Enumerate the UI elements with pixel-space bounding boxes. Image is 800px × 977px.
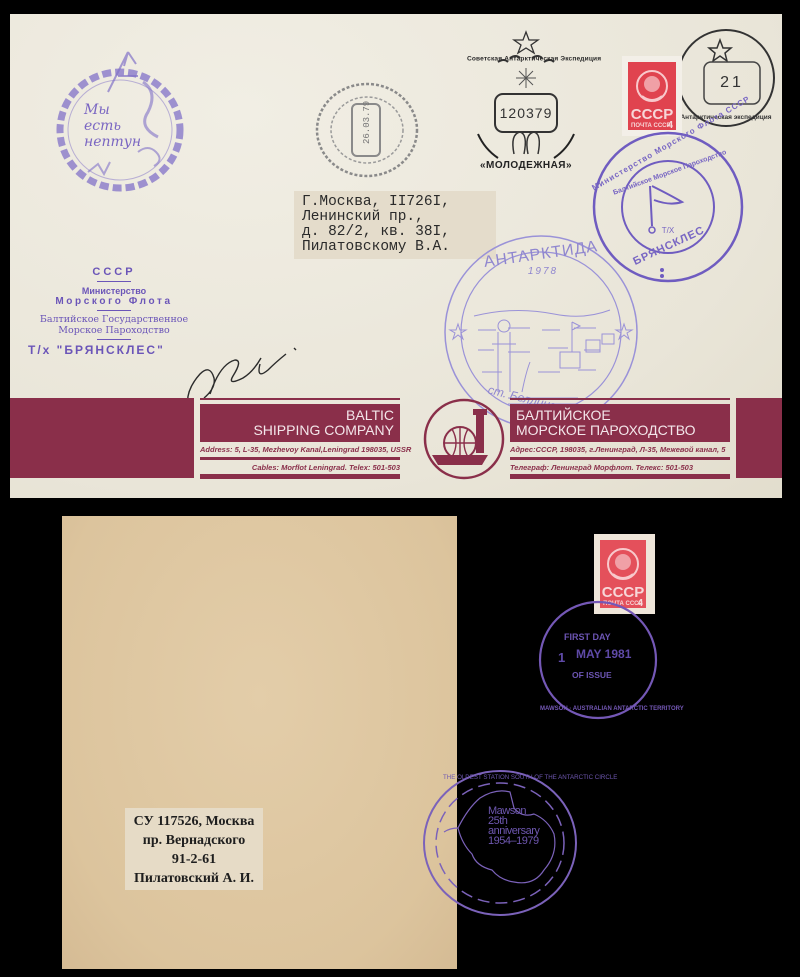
- neptune-line-3: нептун: [84, 134, 141, 150]
- fdc-month-year: MAY 1981: [576, 647, 631, 661]
- sender-company-2: Морское Пароходство: [24, 325, 204, 336]
- company-name-en-1: BALTIC: [200, 408, 394, 423]
- en-rule-mid: [200, 457, 400, 460]
- postage-stamp-top: СССР ПОЧТА СССР 4: [622, 56, 682, 136]
- sender-company: Балтийское Государственное: [24, 314, 204, 325]
- molodezhnaya-ring-text: Советская Антарктическая Экспедиция: [467, 55, 585, 62]
- postmark-left: 26.03.79: [312, 80, 422, 180]
- envelope-bottom: [62, 516, 457, 969]
- neptune-cachet: Мы есть нептун: [48, 42, 188, 192]
- fdc-line-1: FIRST DAY: [564, 632, 611, 642]
- ru-rule-bottom: [510, 474, 730, 479]
- address-line: Ленинский пр.,: [302, 210, 488, 225]
- fdc-line-3: OF ISSUE: [572, 670, 612, 680]
- en-rule-top: [200, 398, 400, 400]
- ussr-coat-of-arms-icon: [600, 542, 646, 588]
- postmark-molodezhnaya: Советская Антарктическая Экспедиция 1203…: [462, 28, 590, 178]
- neptune-line-1: Мы: [84, 102, 141, 118]
- stamp-label-text: ПОЧТА СССР: [631, 123, 670, 129]
- company-cables-en: Cables: Morflot Leningrad. Telex: 501-50…: [200, 463, 400, 472]
- postmark-topright-date: 21: [704, 74, 760, 92]
- address-line: СУ 117526, Москва: [125, 812, 263, 831]
- address-line: Г.Москва, II726I,: [302, 195, 488, 210]
- letterhead-band-left: [10, 398, 194, 478]
- ru-title-box: БАЛТИЙСКОЕ МОРСКОЕ ПАРОХОДСТВО: [510, 404, 730, 442]
- ussr-coat-of-arms-icon: [628, 64, 676, 110]
- ru-rule-mid: [510, 457, 730, 460]
- fdc-day: 1: [558, 650, 565, 665]
- company-name-en-2: SHIPPING COMPANY: [200, 423, 394, 438]
- company-address-ru: Адрес:СССР, 198035, г.Ленинград, Л-35, М…: [510, 445, 730, 454]
- company-name-ru-2: МОРСКОЕ ПАРОХОДСТВО: [516, 423, 730, 438]
- neptune-line-2: есть: [84, 118, 141, 134]
- baltic-shipping-logo-icon: [422, 397, 506, 481]
- en-rule-bottom: [200, 474, 400, 479]
- company-name-ru-1: БАЛТИЙСКОЕ: [516, 408, 730, 423]
- sender-ministry: Министерство: [24, 286, 204, 296]
- envelope-top: Мы есть нептун 26.03.79 Советская Антарк…: [10, 14, 782, 498]
- ru-rule-top: [510, 398, 730, 400]
- sender-fleet: Морского Флота: [24, 296, 204, 307]
- mawson-line-4: 1954–1979: [488, 836, 539, 846]
- mawson-cachet: THE OLDEST STATION SOUTH OF THE ANTARCTI…: [420, 768, 580, 918]
- mawson-ring-text: THE OLDEST STATION SOUTH OF THE ANTARCTI…: [443, 774, 557, 781]
- antarctica-year: 1978: [518, 266, 568, 277]
- molodezhnaya-name: «МОЛОДЕЖНАЯ»: [462, 160, 590, 171]
- recipient-address-bottom: СУ 117526, Москва пр. Вернадского 91-2-6…: [125, 808, 263, 890]
- company-address-en: Address: 5, L-35, Mezhevoy Kanal,Leningr…: [200, 445, 400, 454]
- letterhead-band-right: [736, 398, 782, 478]
- company-telegraph-ru: Телеграф: Ленинград Морфлот. Телекс: 501…: [510, 463, 730, 472]
- address-line: пр. Вернадского: [125, 831, 263, 850]
- molodezhnaya-date: 120379: [495, 105, 557, 121]
- address-line: 91-2-61: [125, 850, 263, 869]
- address-line: Пилатовский А. И.: [125, 869, 263, 888]
- sender-country: СССР: [24, 266, 204, 278]
- mawson-text: Mawson 25th anniversary 1954–1979: [488, 806, 539, 846]
- fdc-postmark: MAWSON · AUSTRALIAN ANTARCTIC TERRITORY …: [536, 598, 664, 722]
- en-title-box: BALTIC SHIPPING COMPANY: [200, 404, 400, 442]
- postmark-left-date: 26.03.79: [362, 110, 372, 144]
- fdc-ring-text: MAWSON · AUSTRALIAN ANTARCTIC TERRITORY: [540, 706, 660, 712]
- molodezhnaya-postmark-icon: [462, 28, 590, 178]
